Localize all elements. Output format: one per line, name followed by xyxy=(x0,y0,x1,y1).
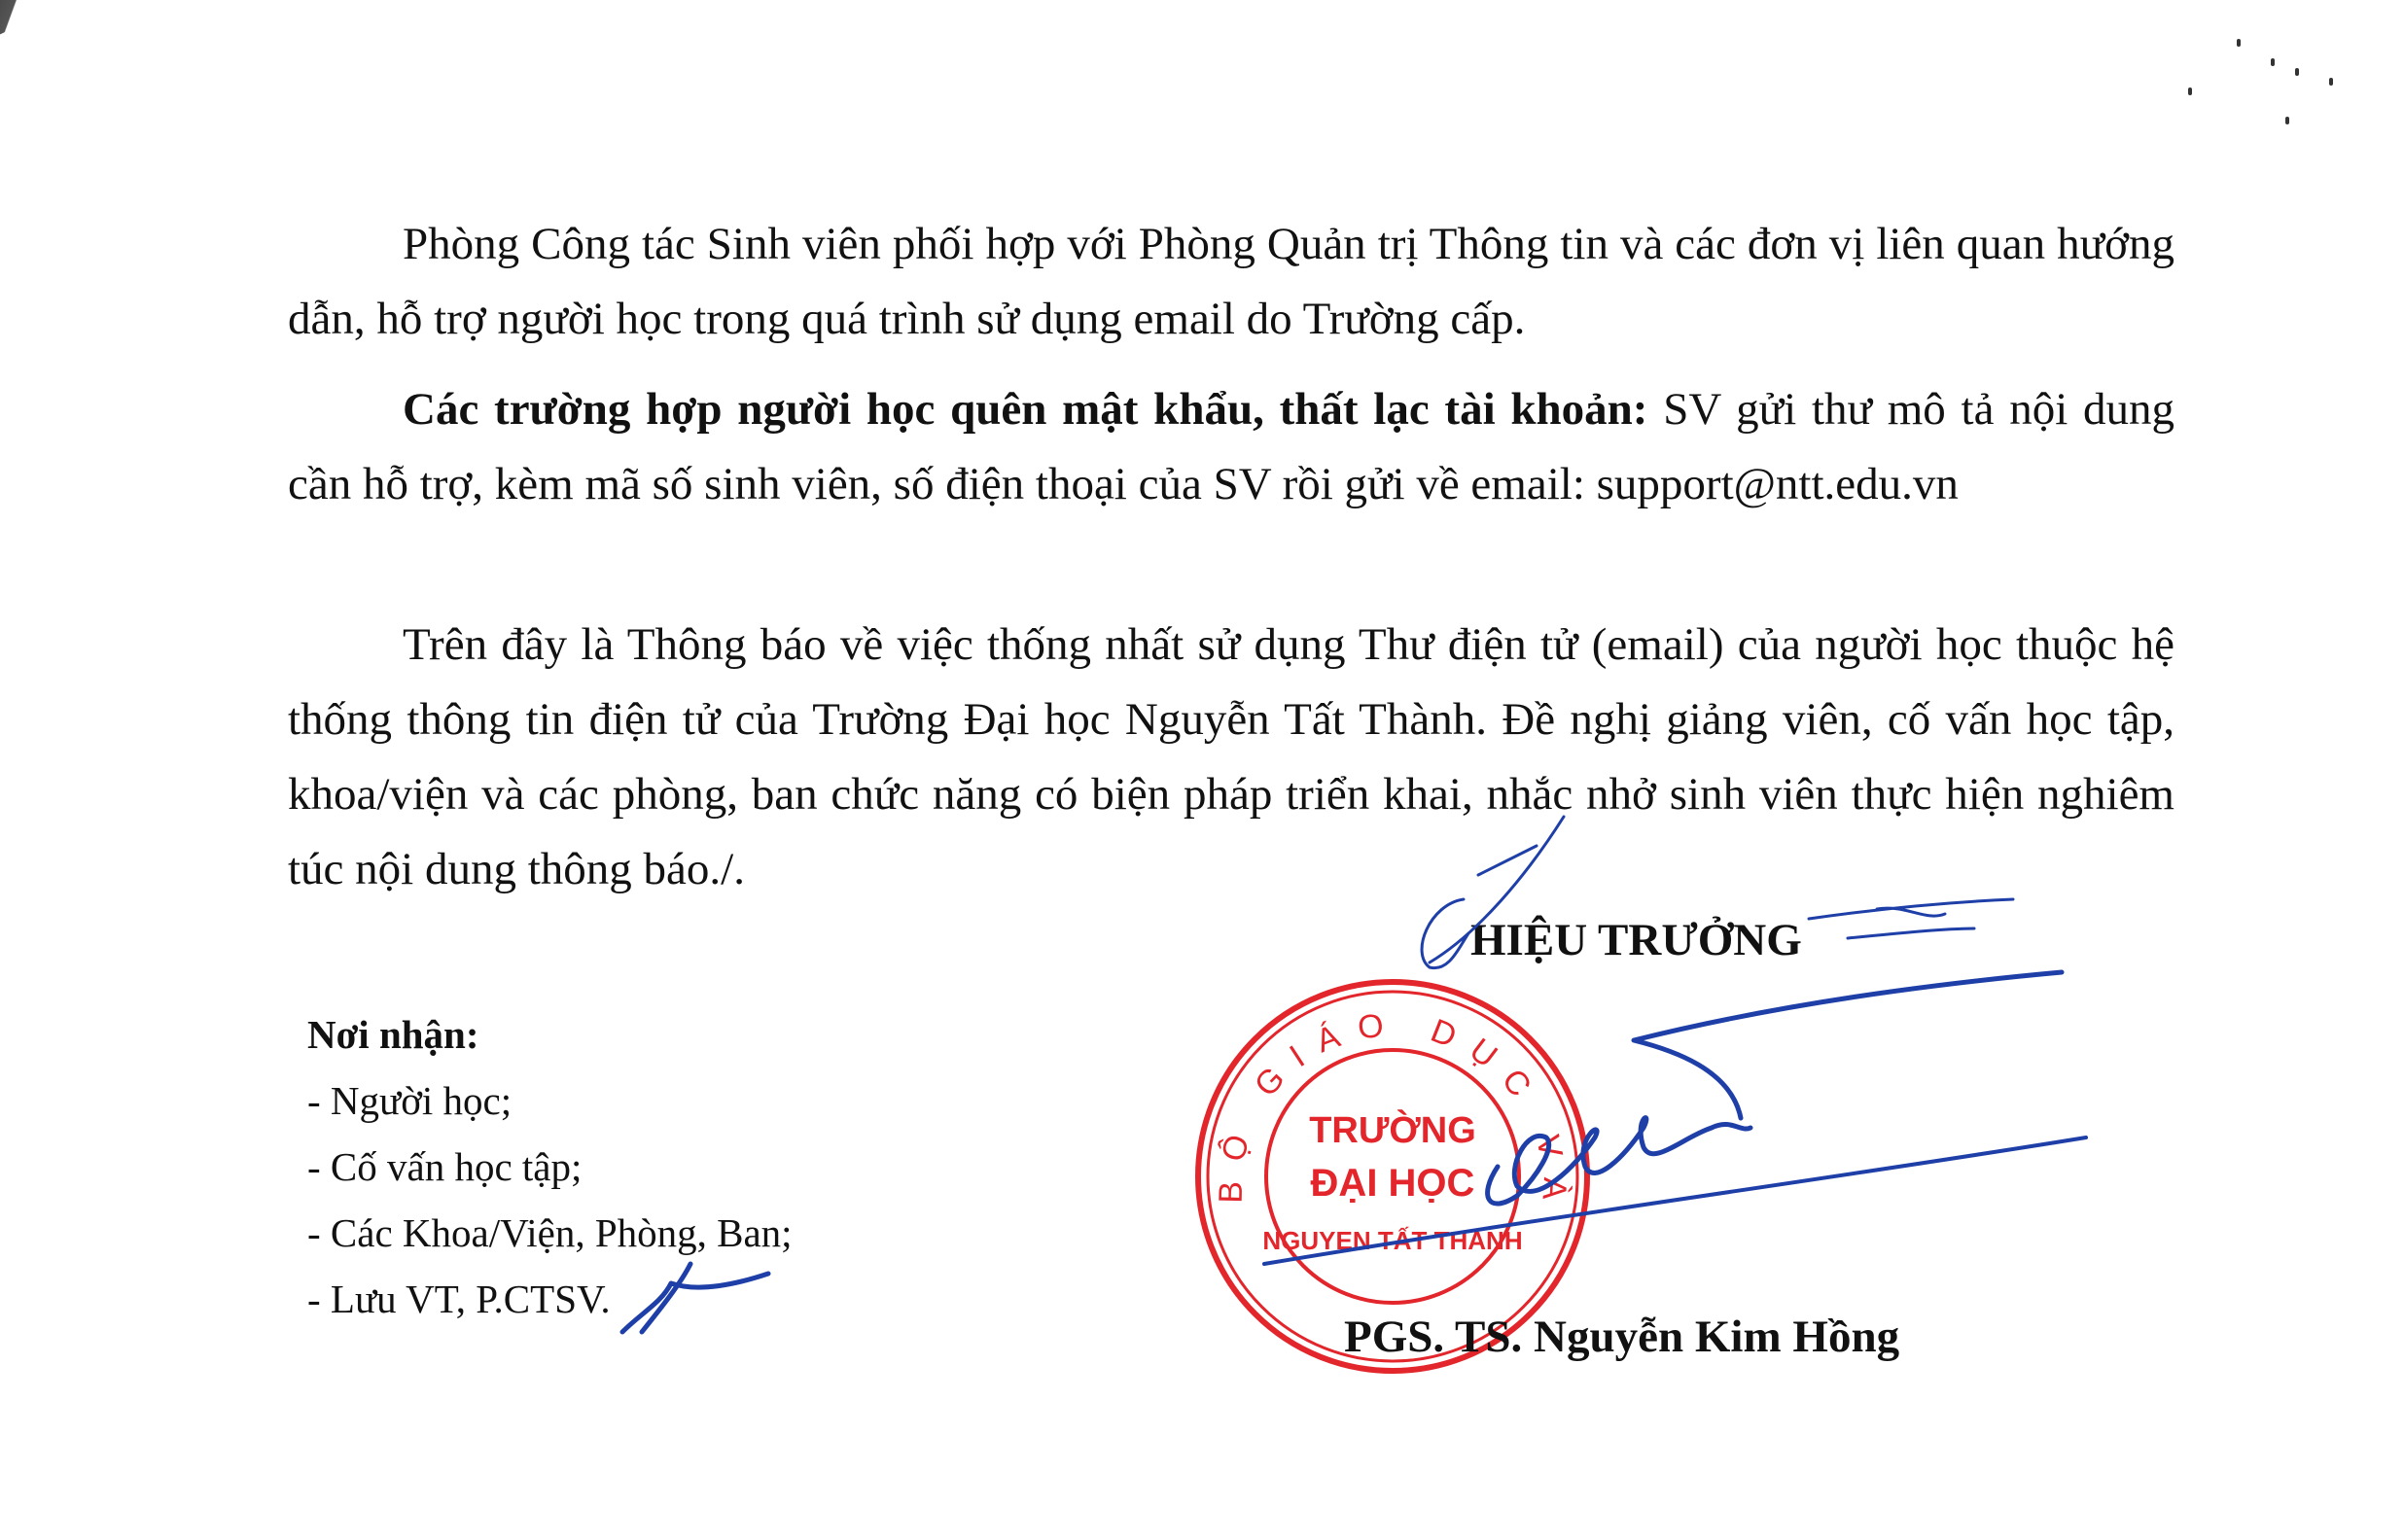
signature-name: PGS. TS. Nguyễn Kim Hồng xyxy=(1344,1311,1899,1363)
scan-specks xyxy=(2178,39,2373,156)
paragraph-text: Phòng Công tác Sinh viên phối hợp với Ph… xyxy=(288,219,2174,344)
paragraph: Các trường hợp người học quên mật khẩu, … xyxy=(288,372,2174,522)
signature-position: HIỆU TRƯỞNG xyxy=(1470,914,1802,966)
recipient-item: - Lưu VT, P.CTSV. xyxy=(307,1266,793,1332)
paragraph-support-guidance: Phòng Công tác Sinh viên phối hợp với Ph… xyxy=(288,207,2174,357)
recipient-item: - Người học; xyxy=(307,1067,793,1134)
recipient-item: - Cố vấn học tập; xyxy=(307,1134,793,1200)
paragraph-conclusion: Trên đây là Thông báo về việc thống nhất… xyxy=(288,608,2174,907)
paragraph: Trên đây là Thông báo về việc thống nhất… xyxy=(288,608,2174,907)
paragraph-lost-password: Các trường hợp người học quên mật khẩu, … xyxy=(288,372,2174,522)
paragraph-text: Trên đây là Thông báo về việc thống nhất… xyxy=(288,619,2174,894)
paragraph: Phòng Công tác Sinh viên phối hợp với Ph… xyxy=(288,207,2174,357)
recipients-block: Nơi nhận: - Người học; - Cố vấn học tập;… xyxy=(307,1001,793,1332)
seal-line: NGUYEN TẤT THANH xyxy=(1262,1226,1522,1255)
paragraph-bold-lead: Các trường hợp người học quên mật khẩu, … xyxy=(403,384,1647,435)
seal-line: ĐẠI HỌC xyxy=(1311,1162,1475,1205)
seal-line: TRƯỜNG xyxy=(1309,1108,1476,1151)
scan-corner-shadow xyxy=(0,0,56,45)
recipients-title: Nơi nhận: xyxy=(307,1001,793,1067)
recipient-item: - Các Khoa/Viện, Phòng, Ban; xyxy=(307,1200,793,1266)
